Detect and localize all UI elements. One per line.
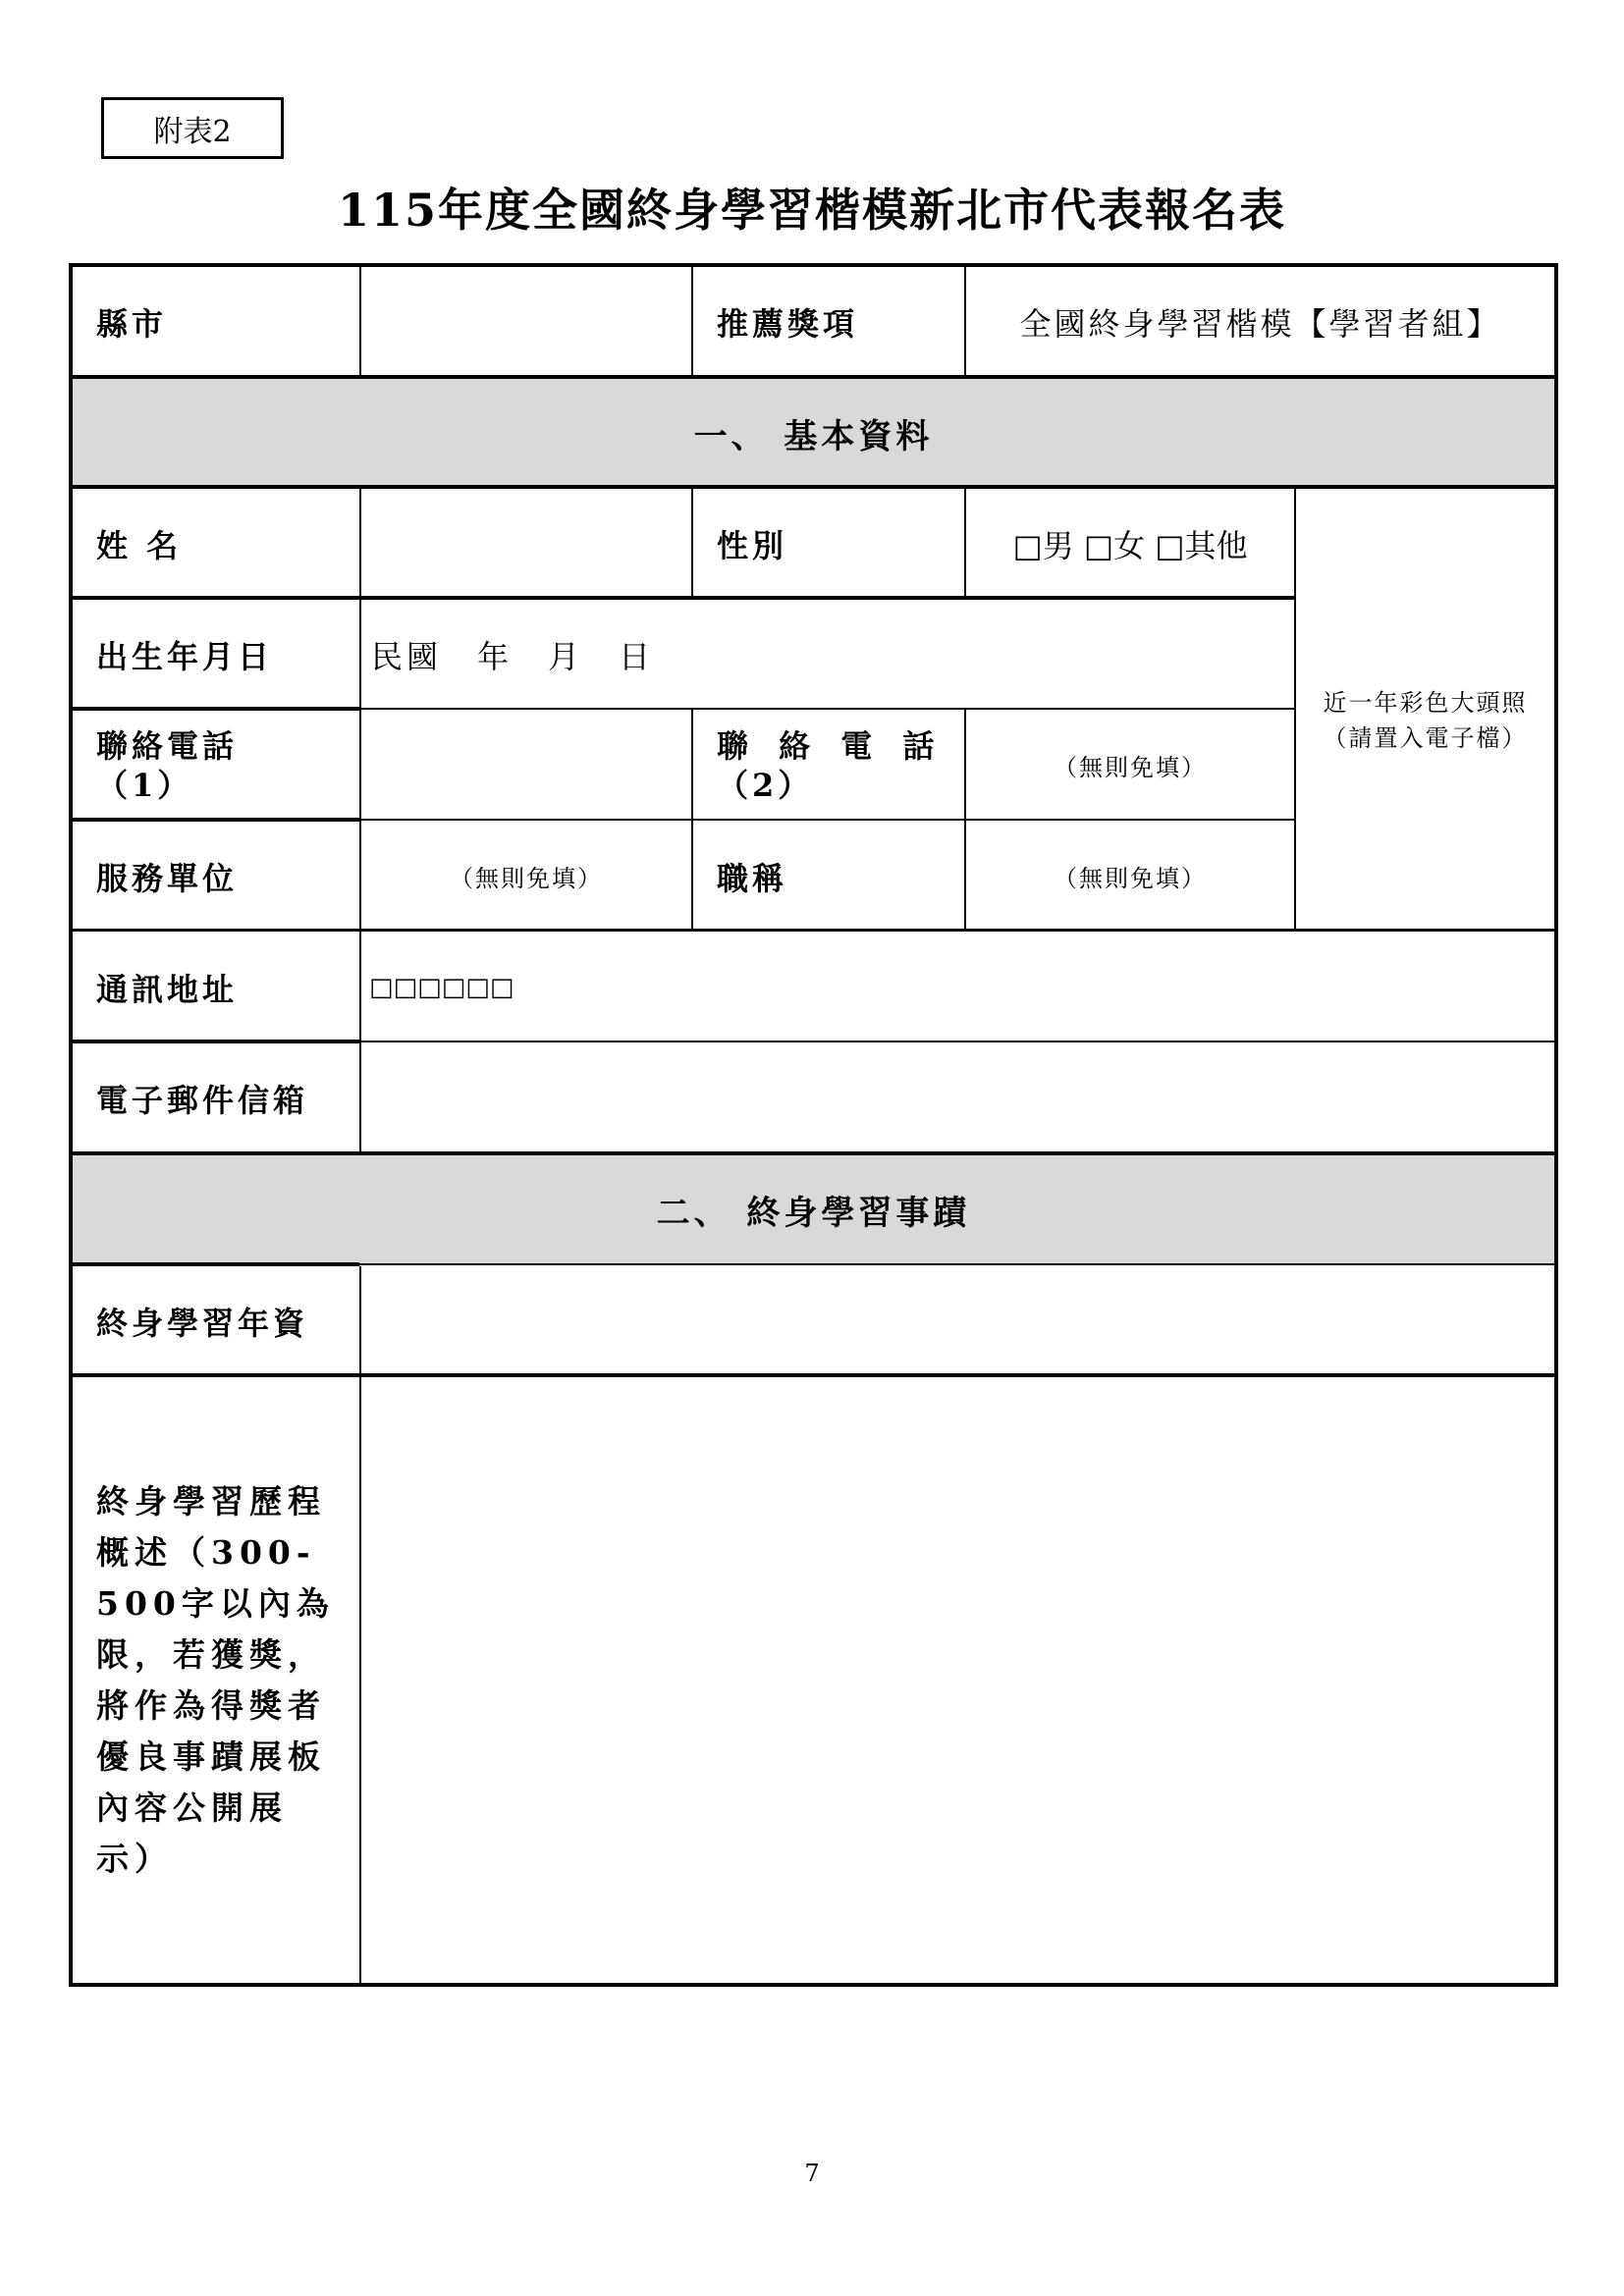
address-label: 通訊地址 xyxy=(73,933,359,1041)
page-number: 7 xyxy=(0,2160,1624,2187)
divider xyxy=(73,818,359,822)
gender-label: 性別 xyxy=(693,489,964,598)
phone1-label: 聯絡電話 （1） xyxy=(73,711,359,820)
section-learning-record-heading: 二、 終身學習事蹟 xyxy=(73,1155,1554,1264)
divider xyxy=(691,489,693,598)
birthdate-label: 出生年月日 xyxy=(73,600,359,709)
divider xyxy=(1294,489,1296,931)
divider xyxy=(359,489,361,1151)
phone2-field[interactable]: （無則免填） xyxy=(966,711,1294,820)
narrative-label: 終身學習歷程概述（300-500字以內為限，若獲獎，將作為得獎者優良事蹟展板內容… xyxy=(73,1377,359,1983)
section-basic-info-heading: 一、 基本資料 xyxy=(73,379,1554,487)
divider xyxy=(964,709,966,931)
divider xyxy=(964,489,966,598)
birthdate-field[interactable]: 民國 年 月 日 xyxy=(361,600,1294,709)
award-label: 推薦獎項 xyxy=(693,267,964,377)
divider xyxy=(359,1263,1554,1265)
photo-instruction-line2: （請置入電子檔） xyxy=(1324,721,1528,756)
phone1-label-line1: 聯絡電話 xyxy=(96,726,238,766)
county-field[interactable] xyxy=(361,267,691,377)
appendix-label: 附表2 xyxy=(101,97,284,159)
address-field[interactable]: □□□□□□ xyxy=(361,933,1554,1041)
divider xyxy=(73,929,1554,932)
divider xyxy=(73,375,1554,379)
divider xyxy=(73,1040,359,1043)
name-label: 姓 名 xyxy=(73,489,359,598)
page-title: 115年度全國終身學習楷模新北市代表報名表 xyxy=(0,175,1624,240)
divider xyxy=(691,267,693,375)
service-unit-field[interactable]: （無則免填） xyxy=(361,822,691,931)
name-field[interactable] xyxy=(361,489,691,598)
divider xyxy=(73,707,359,711)
email-label: 電子郵件信箱 xyxy=(73,1043,359,1153)
divider xyxy=(359,1041,1554,1042)
divider xyxy=(359,267,361,375)
phone2-label-line2: （2） xyxy=(717,766,813,805)
phone1-field[interactable] xyxy=(361,711,691,820)
learning-years-label: 終身學習年資 xyxy=(73,1266,359,1375)
learning-years-field[interactable] xyxy=(361,1266,1554,1375)
award-value: 全國終身學習楷模【學習者組】 xyxy=(966,267,1554,377)
divider xyxy=(691,709,693,931)
phone2-label: 聯 絡 電 話 （2） xyxy=(693,711,964,820)
divider xyxy=(359,708,1296,710)
county-label: 縣市 xyxy=(73,267,359,377)
email-field[interactable] xyxy=(361,1043,1554,1153)
divider xyxy=(359,1266,361,1983)
phone2-label-line1: 聯 絡 電 話 xyxy=(717,726,944,766)
divider xyxy=(73,1262,359,1266)
phone1-label-line2: （1） xyxy=(96,766,192,805)
divider xyxy=(964,267,966,375)
photo-instruction-line1: 近一年彩色大頭照 xyxy=(1324,685,1528,721)
job-title-label: 職稱 xyxy=(693,822,964,931)
divider xyxy=(359,819,1296,821)
service-unit-label: 服務單位 xyxy=(73,822,359,931)
photo-placeholder[interactable]: 近一年彩色大頭照 （請置入電子檔） xyxy=(1296,489,1554,951)
job-title-field[interactable]: （無則免填） xyxy=(966,822,1294,931)
gender-options[interactable]: □男 □女 □其他 xyxy=(966,489,1294,598)
narrative-field[interactable] xyxy=(361,1377,1554,1983)
divider xyxy=(73,1151,1554,1155)
divider xyxy=(73,596,1296,600)
divider xyxy=(73,485,1554,489)
registration-form-table: 縣市 推薦獎項 全國終身學習楷模【學習者組】 一、 基本資料 姓 名 性別 □男… xyxy=(69,263,1558,1987)
divider xyxy=(73,1373,1554,1377)
